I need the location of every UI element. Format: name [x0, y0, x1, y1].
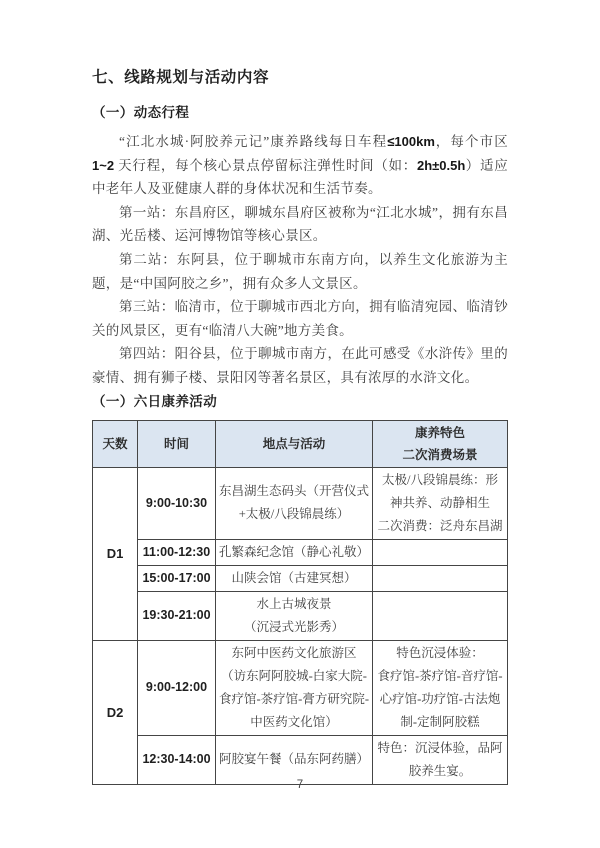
feature-cell: 太极/八段锦晨练：形神共养、动静相生 二次消费：泛舟东昌湖	[373, 467, 508, 539]
section-heading-dynamic-itinerary: （一）动态行程	[92, 103, 508, 123]
document-content: 七、线路规划与活动内容 （一）动态行程 “江北水城·阿胶养元记”康养路线每日车程…	[92, 68, 508, 785]
section-heading-six-day-activities: （一）六日康养活动	[92, 392, 508, 412]
intro-text-3: 天行程，每个核心景点停留标注弹性时间（如：	[114, 158, 417, 173]
table-row: D2 9:00-12:00 东阿中医药文化旅游区 （访东阿阿胶城-白家大院-食疗…	[93, 640, 508, 735]
itinerary-table: 天数 时间 地点与活动 康养特色 二次消费场景 D1 9:00-10:30 东昌…	[92, 420, 508, 785]
document-page: 七、线路规划与活动内容 （一）动态行程 “江北水城·阿胶养元记”康养路线每日车程…	[0, 0, 600, 848]
activity-cell: 东阿中医药文化旅游区 （访东阿阿胶城-白家大院-食疗馆-茶疗馆-膏方研究院-中医…	[216, 640, 373, 735]
intro-text-2: ，每个市区	[435, 134, 508, 149]
paragraph-intro: “江北水城·阿胶养元记”康养路线每日车程≤100km，每个市区 1~2 天行程，…	[92, 130, 508, 201]
feature-cell	[373, 591, 508, 640]
feature-cell: 特色沉浸体验： 食疗馆-茶疗馆-音疗馆-心疗馆-功疗馆-古法炮制-定制阿胶糕	[373, 640, 508, 735]
feature-cell	[373, 565, 508, 591]
feature-cell: 特色：沉浸体验，品阿胶养生宴。	[373, 735, 508, 784]
intro-highlight-time: 2h±0.5h	[417, 158, 465, 173]
intro-text-1: “江北水城·阿胶养元记”康养路线每日车程	[119, 134, 387, 149]
intro-highlight-distance: ≤100km	[387, 134, 435, 149]
col-header-feature: 康养特色 二次消费场景	[373, 420, 508, 467]
table-row: 11:00-12:30 孔繁森纪念馆（静心礼敬）	[93, 539, 508, 565]
paragraph-stop1: 第一站：东昌府区，聊城东昌府区被称为“江北水城”，拥有东昌湖、光岳楼、运河博物馆…	[92, 201, 508, 248]
intro-highlight-days: 1~2	[92, 158, 114, 173]
feature-cell	[373, 539, 508, 565]
activity-cell: 水上古城夜景 （沉浸式光影秀）	[216, 591, 373, 640]
time-cell: 12:30-14:00	[138, 735, 216, 784]
paragraph-stop4: 第四站：阳谷县，位于聊城市南方，在此可感受《水浒传》里的豪情、拥有狮子楼、景阳冈…	[92, 342, 508, 389]
activity-cell: 孔繁森纪念馆（静心礼敬）	[216, 539, 373, 565]
day-cell-d2: D2	[93, 640, 138, 784]
table-row: 12:30-14:00 阿胶宴午餐（品东阿药膳） 特色：沉浸体验，品阿胶养生宴。	[93, 735, 508, 784]
time-cell: 19:30-21:00	[138, 591, 216, 640]
time-cell: 15:00-17:00	[138, 565, 216, 591]
page-number: 7	[0, 779, 600, 791]
day-cell-d1: D1	[93, 467, 138, 640]
col-header-time: 时间	[138, 420, 216, 467]
col-header-activity: 地点与活动	[216, 420, 373, 467]
table-row: 15:00-17:00 山陕会馆（古建冥想）	[93, 565, 508, 591]
activity-cell: 阿胶宴午餐（品东阿药膳）	[216, 735, 373, 784]
time-cell: 11:00-12:30	[138, 539, 216, 565]
activity-cell: 东昌湖生态码头（开营仪式+太极/八段锦晨练）	[216, 467, 373, 539]
time-cell: 9:00-10:30	[138, 467, 216, 539]
col-header-days: 天数	[93, 420, 138, 467]
page-title: 七、线路规划与活动内容	[92, 68, 508, 88]
table-row: 19:30-21:00 水上古城夜景 （沉浸式光影秀）	[93, 591, 508, 640]
paragraph-stop3: 第三站：临清市，位于聊城市西北方向，拥有临清宛园、临清钞关的风景区，更有“临清八…	[92, 295, 508, 342]
paragraph-stop2: 第二站：东阿县，位于聊城市东南方向，以养生文化旅游为主题，是“中国阿胶之乡”，拥…	[92, 248, 508, 295]
table-row: D1 9:00-10:30 东昌湖生态码头（开营仪式+太极/八段锦晨练） 太极/…	[93, 467, 508, 539]
activity-cell: 山陕会馆（古建冥想）	[216, 565, 373, 591]
table-header-row: 天数 时间 地点与活动 康养特色 二次消费场景	[93, 420, 508, 467]
time-cell: 9:00-12:00	[138, 640, 216, 735]
